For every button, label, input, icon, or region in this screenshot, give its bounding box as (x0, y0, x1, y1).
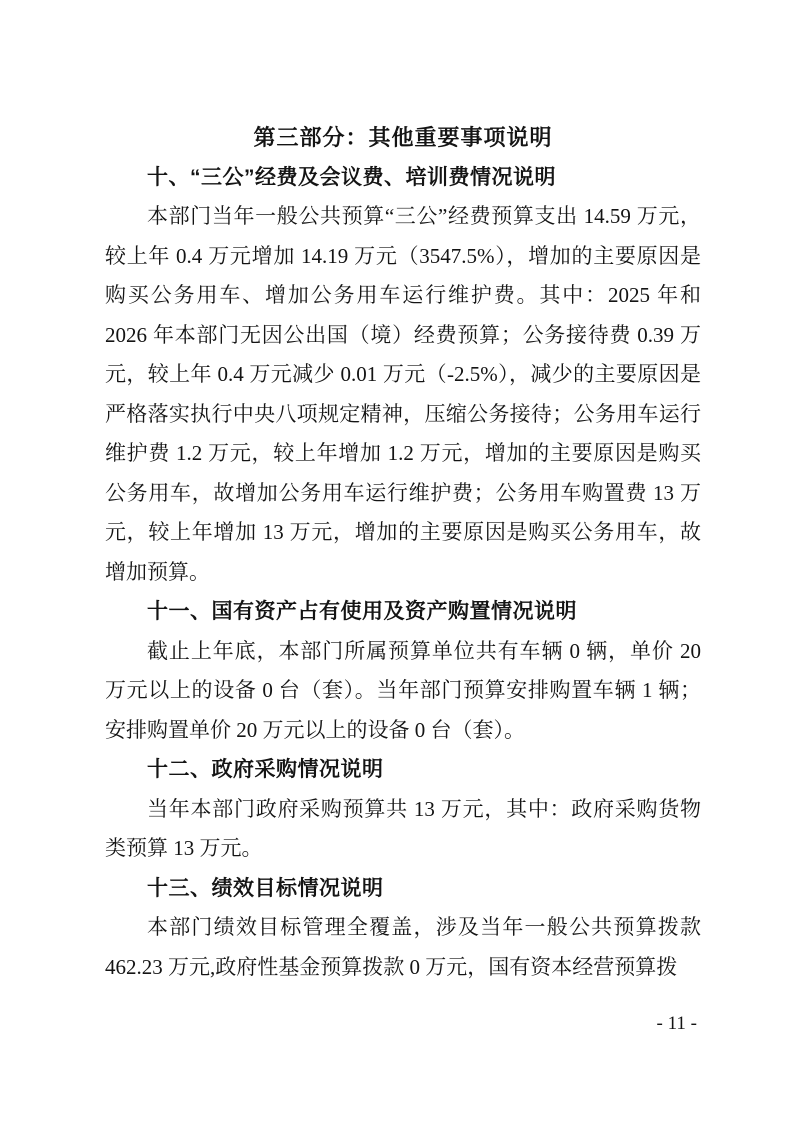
section-13-paragraph: 本部门绩效目标管理全覆盖，涉及当年一般公共预算拨款 462.23 万元,政府性基… (105, 908, 701, 987)
document-content: 第三部分：其他重要事项说明 十、“三公”经费及会议费、培训费情况说明 本部门当年… (105, 118, 701, 987)
page-number: - 11 - (657, 1004, 697, 1044)
section-heading-11-state-assets: 十一、国有资产占有使用及资产购置情况说明 (105, 592, 701, 632)
page-title: 第三部分：其他重要事项说明 (105, 118, 701, 158)
section-12-paragraph: 当年本部门政府采购预算共 13 万元，其中：政府采购货物类预算 13 万元。 (105, 790, 701, 869)
section-heading-12-government-procurement: 十二、政府采购情况说明 (105, 750, 701, 790)
section-heading-13-performance-targets: 十三、绩效目标情况说明 (105, 869, 701, 909)
document-page: 第三部分：其他重要事项说明 十、“三公”经费及会议费、培训费情况说明 本部门当年… (0, 0, 793, 1122)
section-heading-10-sangong-expenses: 十、“三公”经费及会议费、培训费情况说明 (105, 158, 701, 198)
section-10-paragraph: 本部门当年一般公共预算“三公”经费预算支出 14.59 万元，较上年 0.4 万… (105, 197, 701, 592)
section-11-paragraph: 截止上年底，本部门所属预算单位共有车辆 0 辆，单价 20 万元以上的设备 0 … (105, 632, 701, 751)
